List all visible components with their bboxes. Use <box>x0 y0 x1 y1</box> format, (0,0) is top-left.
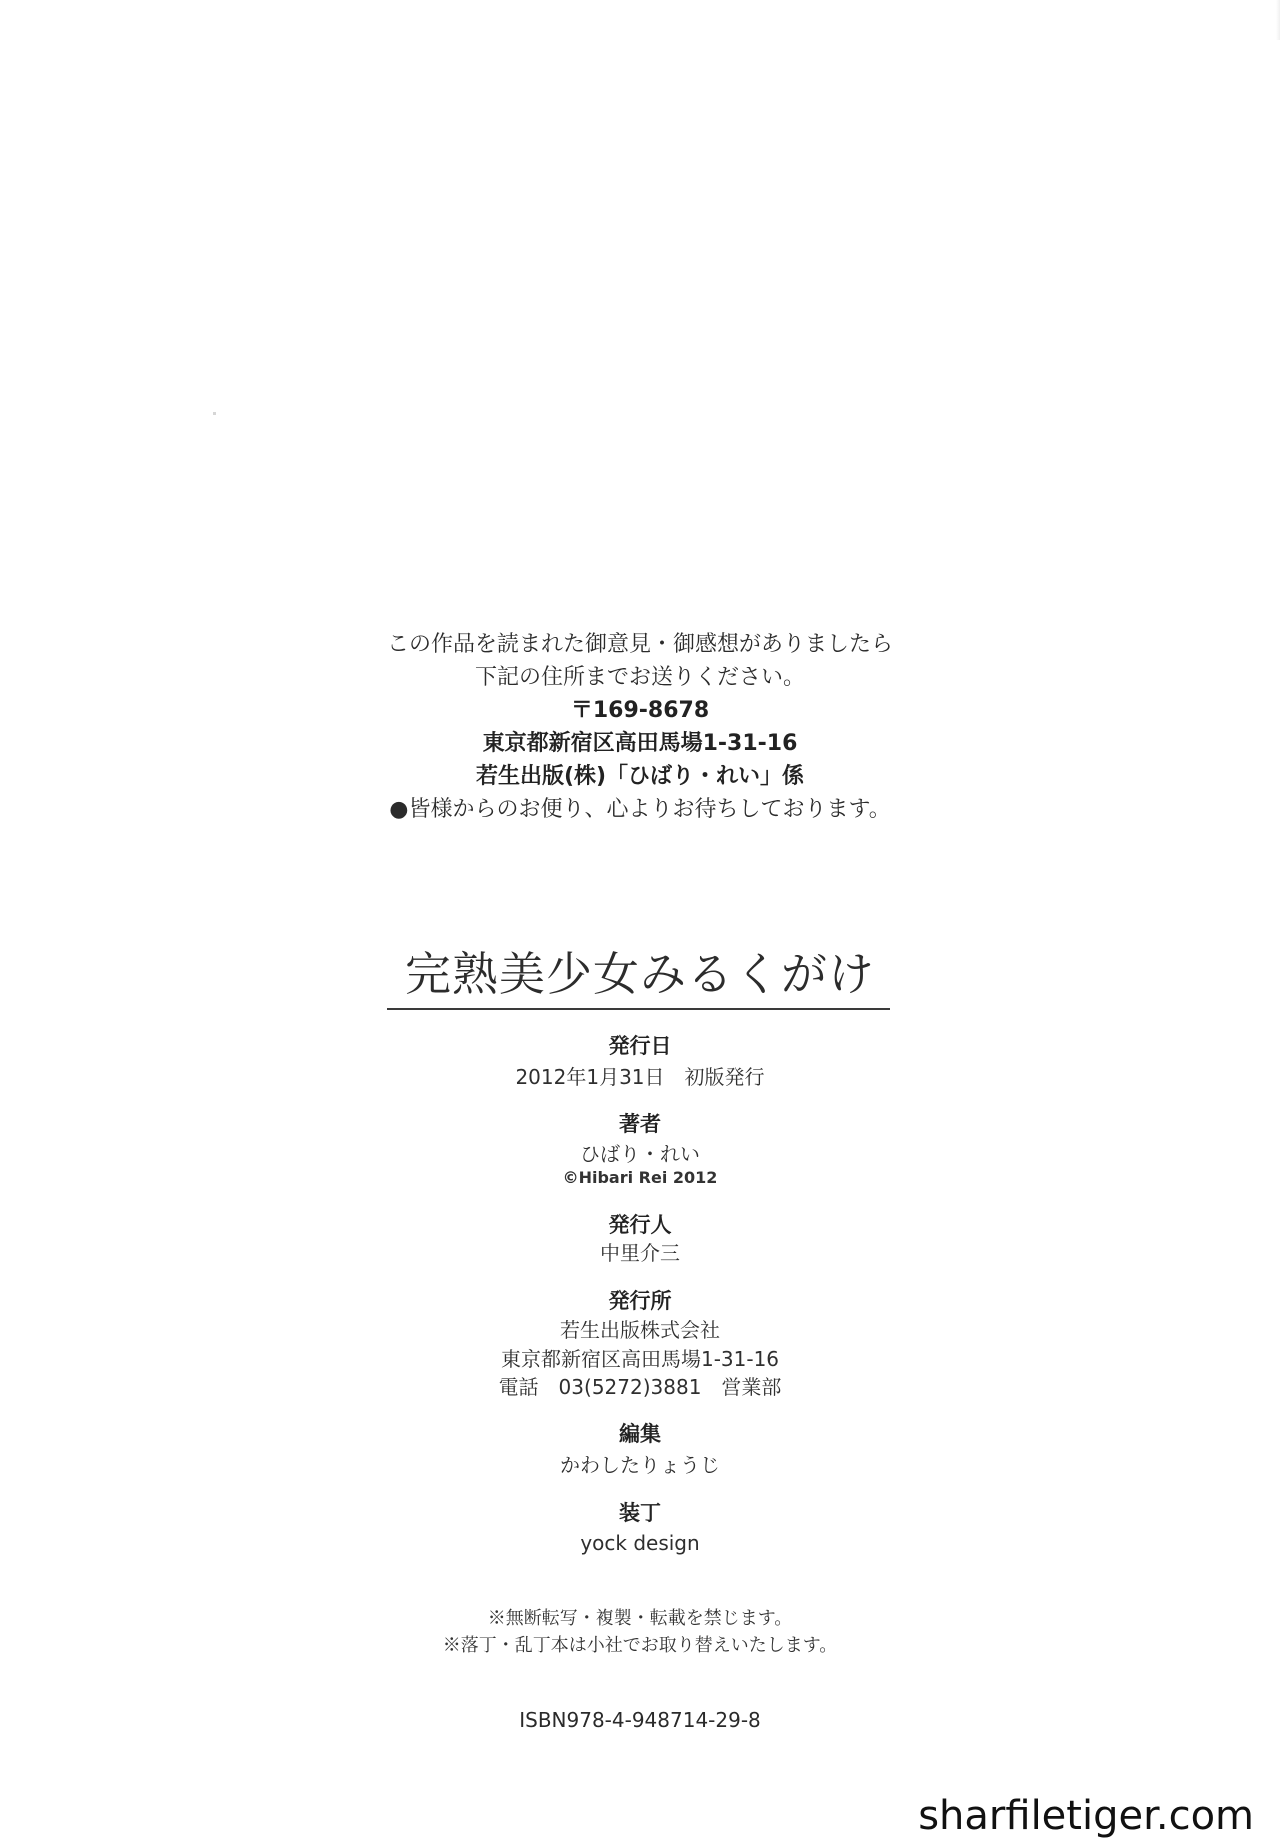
book-title: 完熟美少女みるくがけ <box>0 951 1280 997</box>
title-underline <box>387 1008 890 1010</box>
publisher-person-label: 発行人 <box>0 1215 1280 1236</box>
reader-message-line-1: この作品を読まれた御意見・御感想がありましたら <box>0 634 1280 656</box>
colophon-page: この作品を読まれた御意見・御感想がありましたら 下記の住所までお送りください。 … <box>0 0 1280 1840</box>
publisher-company: 若生出版株式会社 <box>0 1320 1280 1340</box>
publisher-phone: 電話 03(5272)3881 営業部 <box>0 1377 1280 1397</box>
notice-replacement: ※落丁・乱丁本は小社でお取り替えいたします。 <box>0 1637 1280 1655</box>
author-name: ひばり・れい <box>0 1144 1280 1164</box>
isbn: ISBN978-4-948714-29-8 <box>0 1710 1280 1730</box>
publication-date-value: 2012年1月31日 初版発行 <box>0 1067 1280 1087</box>
publisher-address: 東京都新宿区高田馬場1-31-16 <box>0 1349 1280 1369</box>
mailing-recipient: 若生出版(株)「ひばり・れい」係 <box>0 766 1280 788</box>
mailing-address: 東京都新宿区高田馬場1-31-16 <box>0 733 1280 755</box>
design-credit: yock design <box>0 1533 1280 1553</box>
design-label: 装丁 <box>0 1503 1280 1524</box>
closing-message: ●皆様からのお便り、心よりお待ちしております。 <box>0 799 1280 821</box>
editor-name: かわしたりょうじ <box>0 1455 1280 1475</box>
notice-no-reproduction: ※無断転写・複製・転載を禁じます。 <box>0 1610 1280 1628</box>
scan-speck <box>213 412 216 415</box>
publisher-person-name: 中里介三 <box>0 1243 1280 1263</box>
copyright-notice: ©Hibari Rei 2012 <box>0 1170 1280 1186</box>
publisher-label: 発行所 <box>0 1291 1280 1312</box>
page-edge-shadow <box>1276 0 1280 40</box>
author-label: 著者 <box>0 1114 1280 1135</box>
watermark-text: sharfiletiger.com <box>918 1796 1254 1836</box>
publication-date-label: 発行日 <box>0 1036 1280 1057</box>
reader-message-line-2: 下記の住所までお送りください。 <box>0 667 1280 689</box>
editor-label: 編集 <box>0 1424 1280 1445</box>
postal-code: 〒169-8678 <box>0 700 1280 722</box>
